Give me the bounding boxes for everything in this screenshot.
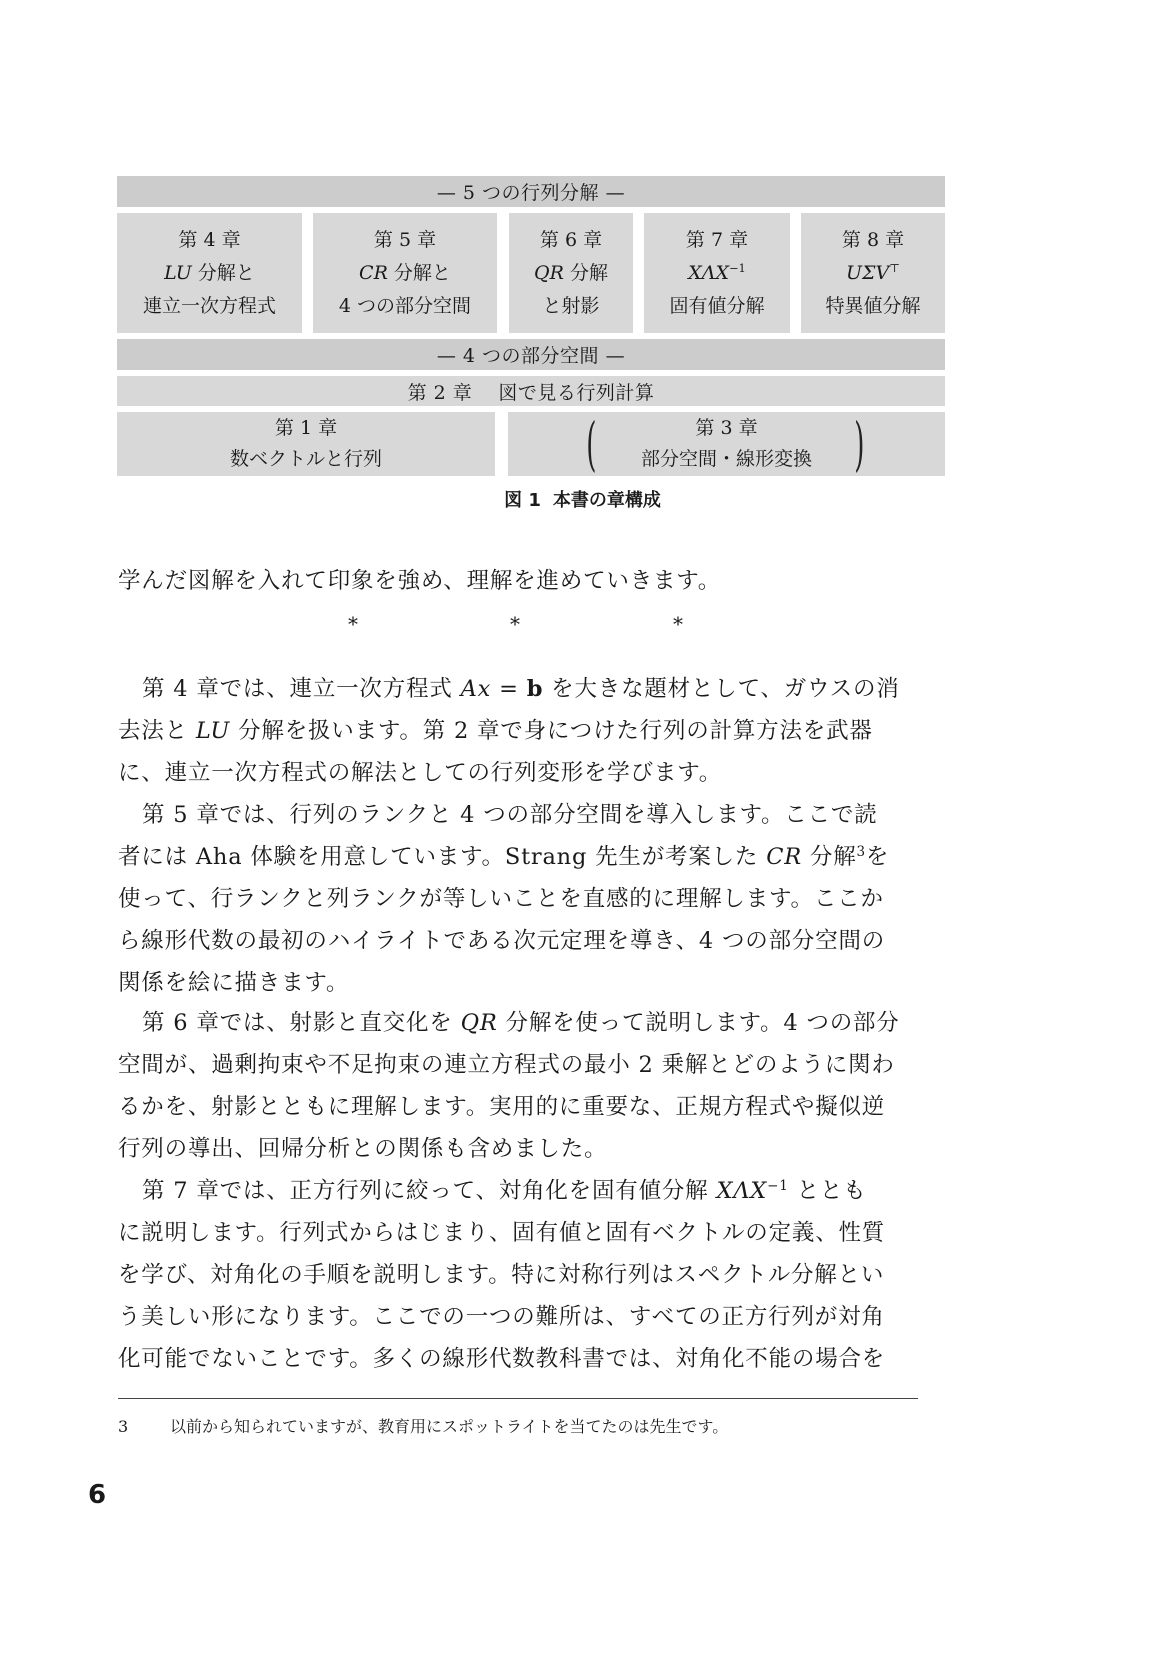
left-paren-icon: ( — [586, 414, 596, 474]
chapter-subtitle: QR 分解 — [534, 257, 608, 290]
chapter-subtitle: CR 分解と — [359, 257, 451, 290]
chapter-2-label: 第 2 章 図で見る行列計算 — [408, 378, 655, 405]
text-line: 第 7 章では、正方行列に絞って、対角化を固有値分解 XΛX−1 ととも — [118, 1170, 920, 1212]
text-line: ら線形代数の最初のハイライトである次元定理を導き、4 つの部分空間の — [118, 920, 920, 962]
chapter-title: 4 つの部分空間 — [339, 290, 471, 323]
paragraph-chapter-6: 第 6 章では、射影と直交化を QR 分解を使って説明します。4 つの部分 空間… — [118, 1002, 920, 1170]
text-line: に、連立一次方程式の解法としての行列変形を学びます。 — [118, 752, 920, 794]
text-line: 者には Aha 体験を用意しています。Strang 先生が考案した CR 分解3… — [118, 836, 920, 878]
box-chapter-6: 第 6 章 QR 分解 と射影 — [509, 213, 633, 333]
star-2: * — [510, 612, 520, 636]
text-line: 第 6 章では、射影と直交化を QR 分解を使って説明します。4 つの部分 — [118, 1002, 920, 1044]
chapter-title: 連立一次方程式 — [143, 290, 276, 323]
chapter-formula: UΣV⊤ — [846, 257, 900, 290]
paragraph-chapter-5: 第 5 章では、行列のランクと 4 つの部分空間を導入します。ここで読 者には … — [118, 794, 920, 1004]
box-chapter-7: 第 7 章 XΛX−1 固有値分解 — [644, 213, 790, 333]
footnote: 3以前から知られていますが、教育用にスポットライトを当てたのは先生です。 — [118, 1414, 728, 1437]
header-five-decompositions: — 5 つの行列分解 — — [117, 176, 945, 207]
text-line: 第 4 章では、連立一次方程式 Ax = b を大きな題材として、ガウスの消 — [118, 668, 920, 710]
box-chapter-8: 第 8 章 UΣV⊤ 特異値分解 — [801, 213, 945, 333]
caption-text: 本書の章構成 — [553, 490, 661, 511]
chapter-label: 第 3 章 — [695, 413, 757, 444]
text-line: に説明します。行列式からはじまり、固有値と固有ベクトルの定義、性質 — [118, 1212, 920, 1254]
text-line: 第 5 章では、行列のランクと 4 つの部分空間を導入します。ここで読 — [118, 794, 920, 836]
box-chapter-1: 第 1 章 数ベクトルと行列 — [117, 412, 495, 476]
footnote-number: 3 — [118, 1417, 170, 1436]
footnote-divider — [118, 1398, 918, 1399]
chapter-label: 第 6 章 — [540, 224, 602, 257]
footnote-ref[interactable]: 3 — [857, 844, 866, 860]
text-line: 関係を絵に描きます。 — [118, 962, 920, 1004]
star-3: * — [673, 612, 683, 636]
text-line: 行列の導出、回帰分析との関係も含めました。 — [118, 1128, 920, 1170]
header-four-subspaces: — 4 つの部分空間 — — [117, 339, 945, 370]
footnote-text: 以前から知られていますが、教育用にスポットライトを当てたのは先生です。 — [170, 1417, 728, 1436]
text-line: 化可能でないことです。多くの線形代数教科書では、対角化不能の場合を — [118, 1338, 920, 1380]
chapter-title: 固有値分解 — [669, 290, 764, 323]
text-line: 空間が、過剰拘束や不足拘束の連立方程式の最小 2 乗解とどのように関わ — [118, 1044, 920, 1086]
text-line: を学び、対角化の手順を説明します。特に対称行列はスペクトル分解とい — [118, 1254, 920, 1296]
box-chapter-4: 第 4 章 LU 分解と 連立一次方程式 — [117, 213, 302, 333]
box-chapter-5: 第 5 章 CR 分解と 4 つの部分空間 — [313, 213, 497, 333]
header-four-subspaces-label: — 4 つの部分空間 — — [437, 341, 625, 368]
figure-caption: 図 1本書の章構成 — [0, 486, 1165, 512]
right-paren-icon: ) — [854, 414, 864, 474]
chapter-title: 部分空間・線形変換 — [641, 444, 812, 475]
chapter-title: と射影 — [542, 290, 599, 323]
header-five-decompositions-label: — 5 つの行列分解 — — [437, 178, 625, 205]
caption-label: 図 1 — [504, 490, 541, 511]
chapter-label: 第 7 章 — [686, 224, 748, 257]
text-line: るかを、射影とともに理解します。実用的に重要な、正規方程式や擬似逆 — [118, 1086, 920, 1128]
text-line: 去法と LU 分解を扱います。第 2 章で身につけた行列の計算方法を武器 — [118, 710, 920, 752]
text-line: う美しい形になります。ここでの一つの難所は、すべての正方行列が対角 — [118, 1296, 920, 1338]
chapter-title: 数ベクトルと行列 — [230, 444, 382, 475]
paragraph-chapter-4: 第 4 章では、連立一次方程式 Ax = b を大きな題材として、ガウスの消 去… — [118, 668, 920, 794]
text-line: 使って、行ランクと列ランクが等しいことを直感的に理解します。ここか — [118, 878, 920, 920]
chapter-label: 第 1 章 — [275, 413, 337, 444]
box-chapter-3: ( 第 3 章 部分空間・線形変換 ) — [508, 412, 945, 476]
chapter-label: 第 5 章 — [374, 224, 436, 257]
chapter-label: 第 8 章 — [842, 224, 904, 257]
chapter-subtitle: LU 分解と — [164, 257, 255, 290]
intro-line: 学んだ図解を入れて印象を強め、理解を進めていきます。 — [118, 560, 920, 602]
bar-chapter-2: 第 2 章 図で見る行列計算 — [117, 376, 945, 406]
chapter-title: 特異値分解 — [825, 290, 920, 323]
chapter-label: 第 4 章 — [178, 224, 240, 257]
star-1: * — [348, 612, 358, 636]
chapter-formula: XΛX−1 — [688, 257, 746, 290]
paragraph-chapter-7: 第 7 章では、正方行列に絞って、対角化を固有値分解 XΛX−1 ととも に説明… — [118, 1170, 920, 1380]
page-number: 6 — [88, 1480, 106, 1510]
